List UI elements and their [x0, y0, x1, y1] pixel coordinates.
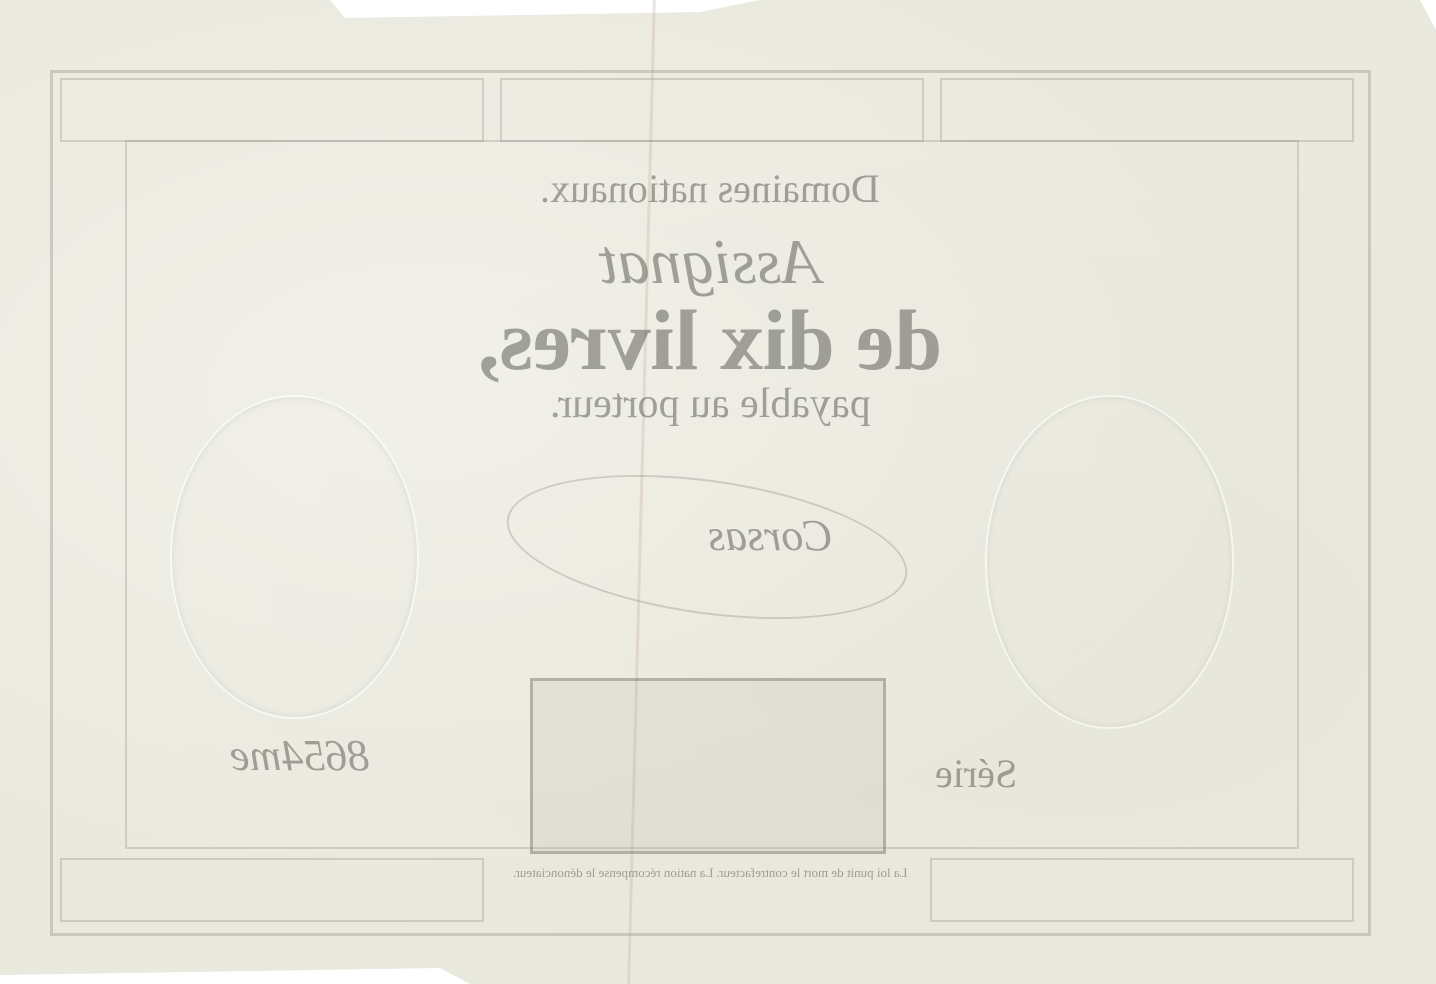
- signature-text: Corsas: [708, 510, 833, 561]
- heading-domaines-text: Domaines nationaux.: [540, 165, 880, 212]
- series-label-text: Série: [935, 750, 1017, 797]
- series-label: Série: [935, 750, 1055, 797]
- bottom-band-left: [60, 858, 484, 922]
- signature: Corsas: [620, 510, 920, 561]
- denomination-text: de dix livres,: [478, 290, 942, 390]
- top-band-left: [60, 78, 484, 142]
- legal-notice-text: La loi punit de mort le contrefacteur. L…: [513, 865, 908, 880]
- heading-assignat: Assignat: [420, 225, 1000, 299]
- top-band-center: [500, 78, 924, 142]
- series-number-text: 8654me: [230, 730, 369, 781]
- value-box: [530, 678, 886, 854]
- dry-seal-left: [170, 395, 419, 719]
- denomination: de dix livres,: [420, 290, 1000, 390]
- bottom-band-right: [930, 858, 1354, 922]
- payable-line: payable au porteur.: [420, 380, 1000, 428]
- heading-domaines: Domaines nationaux.: [420, 165, 1000, 212]
- legal-notice: La loi punit de mort le contrefacteur. L…: [500, 865, 920, 880]
- heading-assignat-text: Assignat: [600, 225, 820, 299]
- dry-seal-right: [985, 395, 1234, 729]
- payable-line-text: payable au porteur.: [550, 380, 871, 428]
- series-number: 8654me: [230, 730, 430, 781]
- top-band-right: [940, 78, 1354, 142]
